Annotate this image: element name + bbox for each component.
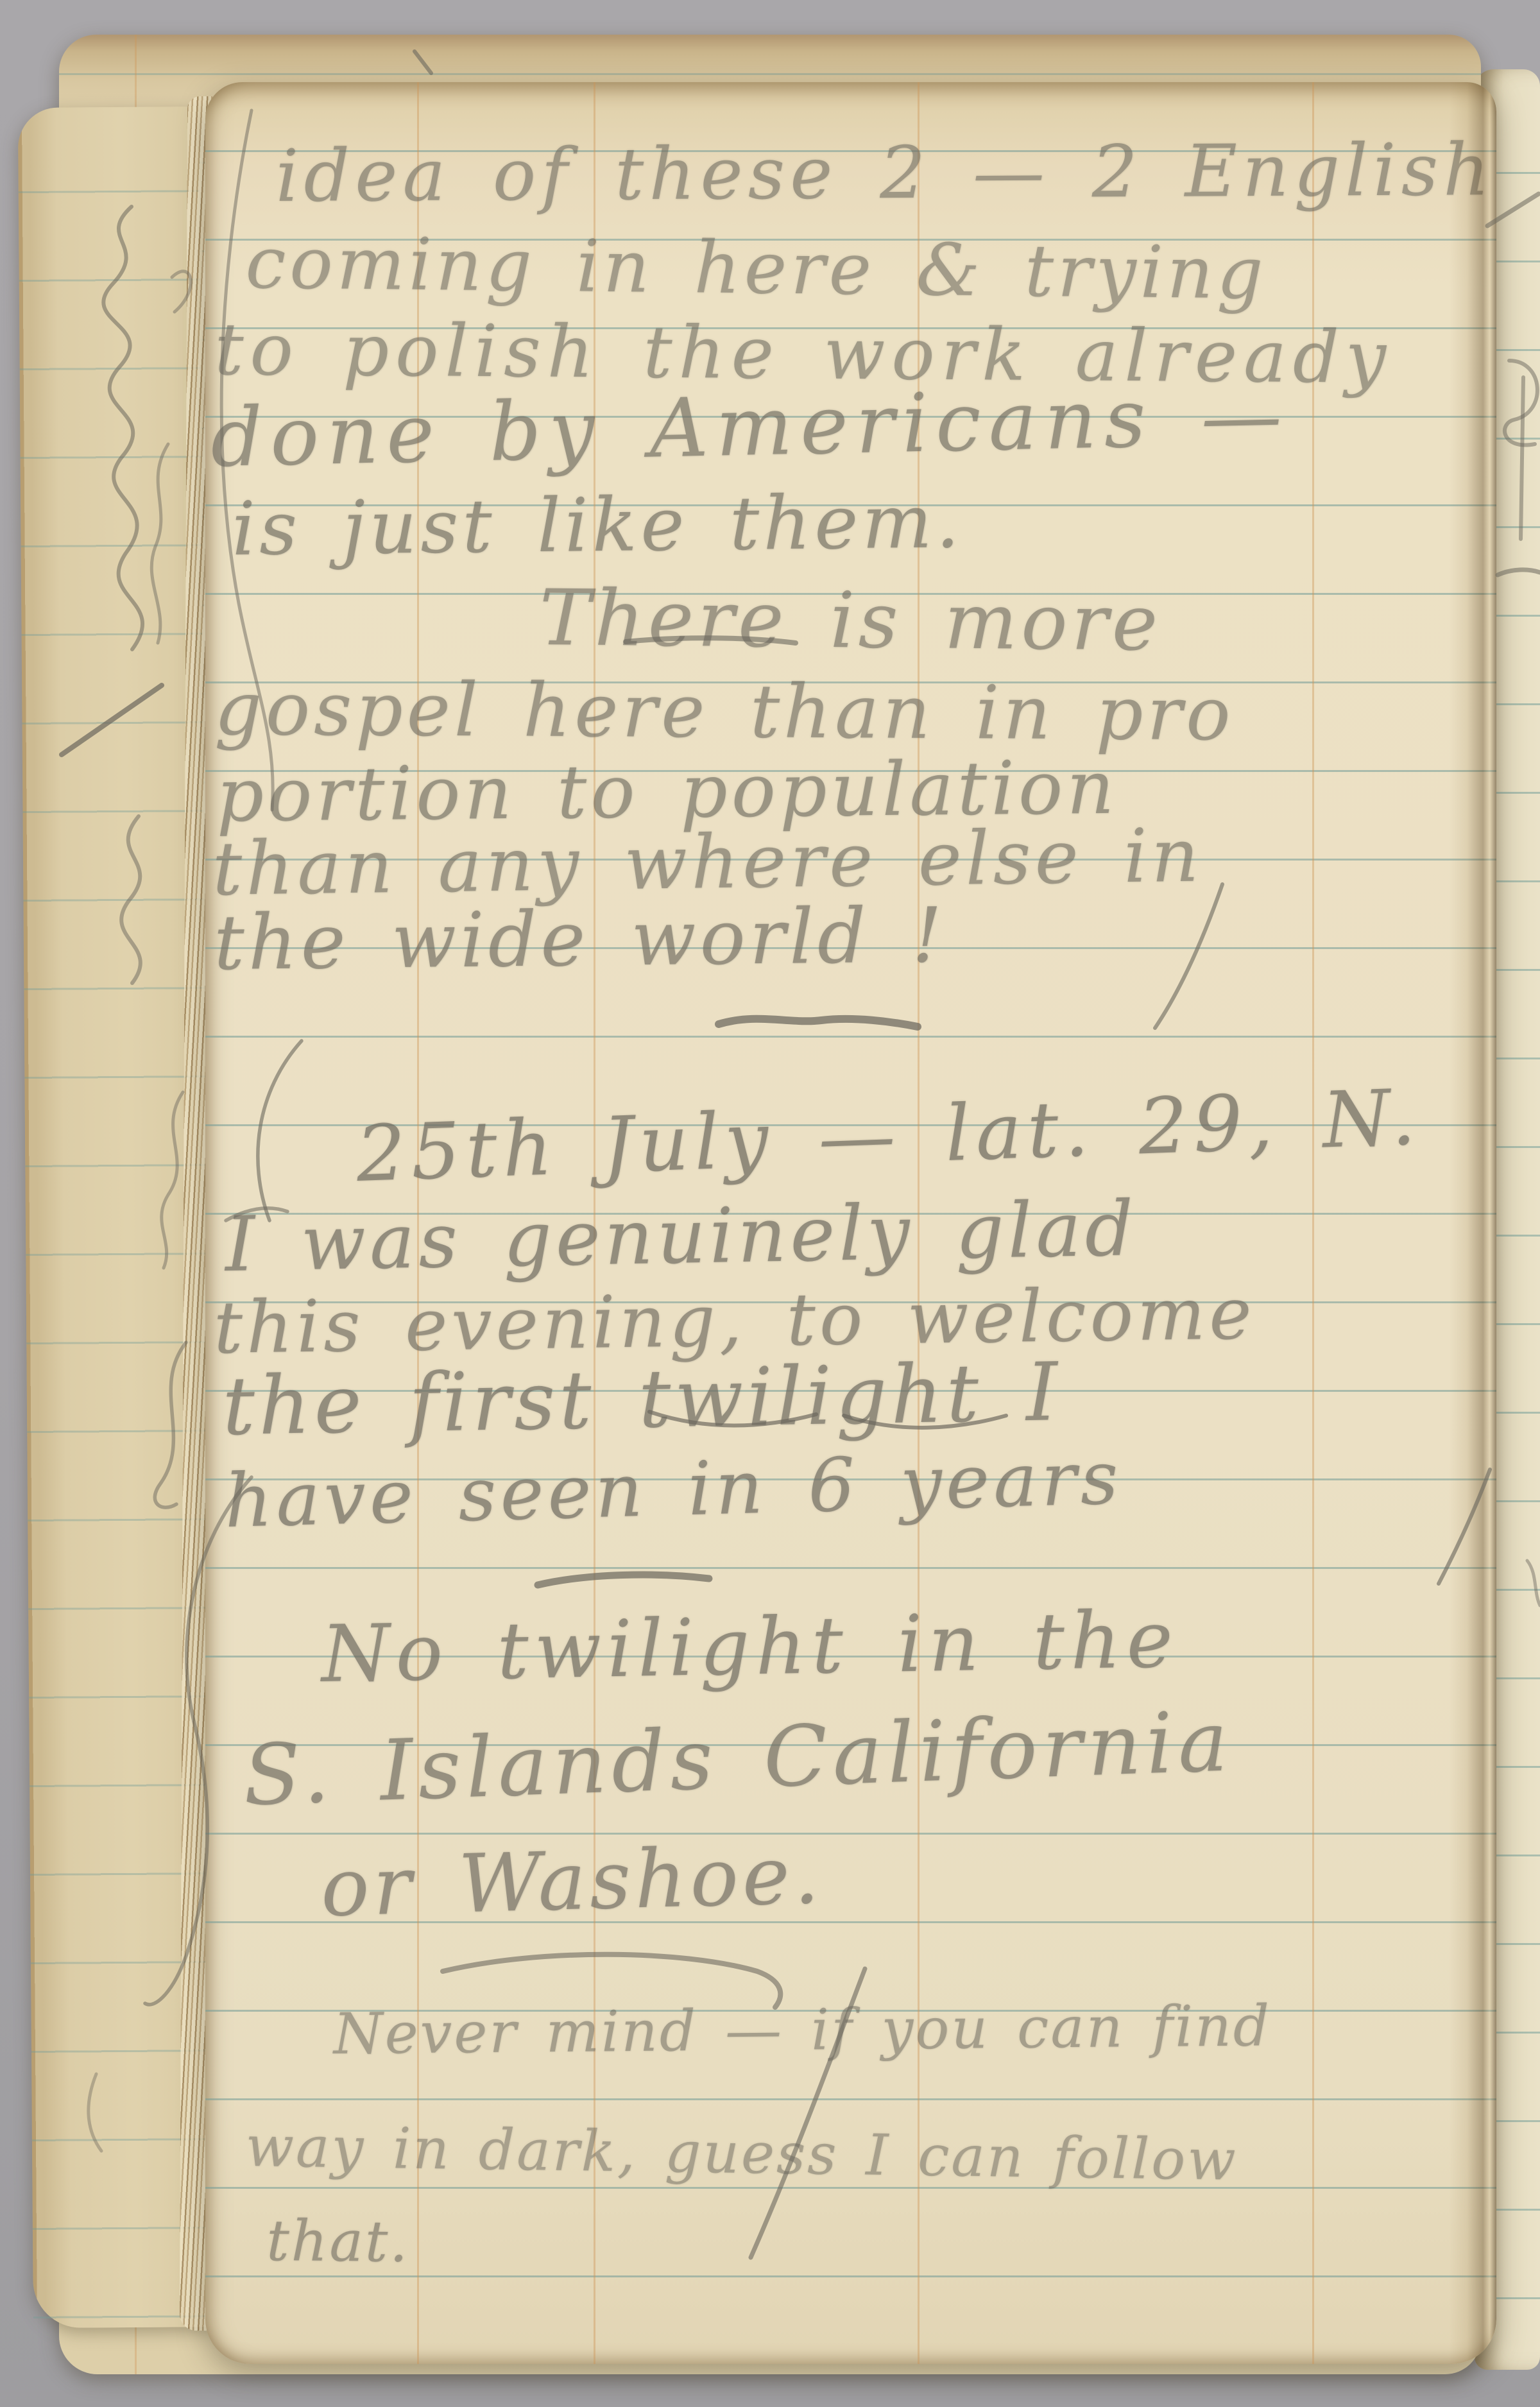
handwriting-line: have seen in 6 years — [223, 1435, 1123, 1545]
handwriting-line: I was genuinely glad — [225, 1184, 1138, 1289]
handwriting-line: the first twilight I — [221, 1346, 1062, 1453]
handwriting-line: S. Islands California — [242, 1692, 1235, 1824]
handwriting-line: idea of these 2 — 2 English — [275, 128, 1494, 218]
handwriting-line: is just like them. — [232, 479, 964, 572]
handwriting-line: gospel here than in pro — [214, 666, 1235, 757]
handwriting-line: coming in here & trying — [245, 221, 1267, 316]
handwriting-line: way in dark, guess I can follow — [245, 2113, 1238, 2193]
handwriting-line: 25th July — lat. 29, N. — [355, 1073, 1423, 1199]
handwriting-line: No twilight in the — [321, 1594, 1179, 1700]
handwriting-line: Never mind — if you can find — [333, 1992, 1271, 2067]
column-line — [1312, 82, 1314, 2364]
scan-background: { "notebook": { "lines": [ "idea of thes… — [0, 0, 1540, 2407]
handwriting-line: There is more — [539, 574, 1162, 668]
notebook-page: idea of these 2 — 2 English coming in he… — [205, 82, 1496, 2364]
notebook-scan: 4 or '50 idea of these 2 — 2 English com… — [0, 0, 1540, 2407]
handwriting-line: the wide world ! — [214, 891, 946, 987]
handwriting-line: that. — [266, 2207, 410, 2275]
handwriting-line: or Washoe. — [320, 1829, 824, 1935]
